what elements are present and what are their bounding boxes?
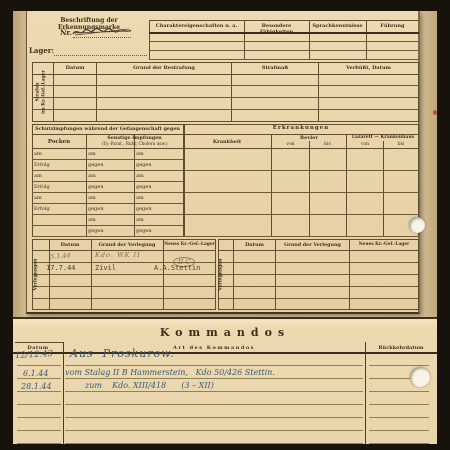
col-verbuesst-datum: Verbüßt, Datum bbox=[319, 65, 418, 71]
impf-cell: gegen bbox=[134, 226, 183, 237]
handwritten-transfer-date: 5.1.44 bbox=[50, 251, 71, 260]
col-grund-der-verlegung: Grund der Verlegung bbox=[92, 242, 162, 248]
erkrankungen-body bbox=[184, 149, 419, 237]
impf-cell: am bbox=[32, 171, 86, 182]
col-charaktereigenschaften: Charaktereigenschaften u. a. bbox=[151, 23, 242, 29]
col-besondere-faehigkeiten: Besondere Fähigkeiten bbox=[246, 23, 307, 35]
impf-cell: am bbox=[86, 171, 134, 182]
impf-cell bbox=[32, 215, 86, 226]
col-pocken: Pocken bbox=[33, 139, 85, 145]
col-datum: Datum bbox=[54, 65, 96, 71]
col-lazarett-bis: bis bbox=[383, 142, 419, 147]
rule bbox=[149, 20, 419, 21]
impf-cell: gegen bbox=[86, 204, 134, 215]
red-speck bbox=[433, 110, 437, 115]
impf-cell: gegen bbox=[86, 226, 134, 237]
handwritten-transfer-reason: Kdo. WK II bbox=[95, 251, 141, 259]
impf-cell: gegen bbox=[86, 182, 134, 193]
handwritten-kommando-entry: zum Kdo. XIII/418 (3 – XII) bbox=[85, 381, 214, 390]
rule bbox=[63, 342, 64, 444]
erkrankungen-title: Erkrankungen bbox=[184, 125, 418, 131]
handwritten-kommando-date: 28.1.44 bbox=[21, 382, 52, 391]
col-fuehrung: Führung bbox=[368, 23, 417, 29]
verlegungen-left-side-label: Verlegungen bbox=[34, 245, 47, 305]
lager-label: Lager: bbox=[29, 46, 54, 55]
impf-cell: Erfolg bbox=[32, 204, 86, 215]
ruled-rows bbox=[65, 353, 363, 444]
scanned-pow-record-card: Beschriftung der Erkennungsmarke Nr. Lag… bbox=[0, 0, 450, 450]
ruled-rows bbox=[219, 251, 418, 309]
typed-transfer-date: 17.7.44 bbox=[46, 264, 76, 272]
punch-hole bbox=[410, 367, 430, 387]
ruled-rows bbox=[17, 353, 61, 444]
col-neues-lager: Neues Kr.-Gef.-Lager bbox=[164, 242, 215, 247]
card-upper-half: Beschriftung der Erkennungsmarke Nr. Lag… bbox=[26, 11, 420, 314]
kommandos-title: Kommandos bbox=[13, 326, 437, 339]
impf-cell: Erfolg bbox=[32, 182, 86, 193]
col-lazarett-von: von bbox=[347, 142, 383, 147]
impf-cell: am bbox=[86, 149, 134, 160]
lager-dotted-line bbox=[54, 47, 147, 56]
ruled-rows bbox=[33, 74, 418, 121]
col-revier: Revier bbox=[272, 135, 346, 141]
strafen-side-label: Strafen im Kr.-Gef.-Lager bbox=[36, 65, 50, 120]
impf-cell: am bbox=[134, 193, 183, 204]
punch-hole bbox=[409, 217, 425, 233]
typed-new-camp: A.A.Stettin bbox=[154, 264, 200, 272]
impf-cell: gegen bbox=[86, 160, 134, 171]
rule bbox=[365, 342, 366, 444]
col-datum: Datum bbox=[50, 242, 90, 248]
col-strafmass: Strafmaß bbox=[232, 65, 318, 71]
impf-cell: am bbox=[86, 215, 134, 226]
handwritten-kommando-date: 6.1.44 bbox=[23, 369, 48, 378]
col-sprachkenntnisse: Sprachkenntnisse bbox=[311, 23, 364, 29]
scribbled-number bbox=[71, 25, 133, 39]
impf-cell: gegen bbox=[134, 182, 183, 193]
impf-cell: Erfolg bbox=[32, 160, 86, 171]
ruled-rows bbox=[150, 33, 419, 60]
col-datum: Datum bbox=[234, 242, 275, 248]
col-revier-von: von bbox=[272, 142, 309, 147]
handwritten-kommando-entry: Aus Proskurow. bbox=[70, 347, 175, 360]
handwritten-kommando-entry: vom Stalag II B Hammerstein, Kdo 50/426 … bbox=[65, 368, 275, 377]
col-neues-lager: Neues Kr.-Gef.-Lager bbox=[350, 242, 418, 247]
impf-cell bbox=[32, 226, 86, 237]
handwritten-kommando-date: 12/12.43 bbox=[15, 349, 53, 361]
col-grund-der-bestrafung: Grund der Bestrafung bbox=[97, 65, 231, 71]
impf-cell: am bbox=[32, 193, 86, 204]
col-rueckkehrdatum: Rückkehrdatum bbox=[365, 345, 437, 351]
impf-cell: gegen bbox=[134, 204, 183, 215]
col-grund-der-verlegung: Grund der Verlegung bbox=[276, 242, 349, 248]
impf-cell: gegen bbox=[134, 160, 183, 171]
col-revier-bis: bis bbox=[309, 142, 346, 147]
impfungen-body: am am am Erfolg gegen gegen am am am Erf… bbox=[32, 149, 183, 237]
impf-cell: am bbox=[134, 171, 183, 182]
card-lower-half: Kommandos Datum Art des Kommandos Rückke… bbox=[13, 317, 437, 444]
impf-cell: am bbox=[134, 149, 183, 160]
fold-crease bbox=[13, 321, 437, 322]
col-sonstige-impfungen: Sonstige Impfungen (Ty.-Parat., Ruhr, Ch… bbox=[87, 136, 182, 146]
rule bbox=[15, 342, 63, 343]
col-lazarett-krankenhaus: Lazarett — Krankenhaus bbox=[347, 135, 419, 140]
verlegungen-right-side-label: Verlegungen bbox=[219, 245, 232, 305]
impf-cell: am bbox=[86, 193, 134, 204]
impfungen-title: Schutzimpfungen während der Gefangenscha… bbox=[33, 126, 182, 132]
impf-cell: am bbox=[134, 215, 183, 226]
typed-transfer-reason: Zivil bbox=[95, 264, 116, 272]
impf-cell: am bbox=[32, 149, 86, 160]
col-krankheit: Krankheit bbox=[184, 139, 270, 145]
